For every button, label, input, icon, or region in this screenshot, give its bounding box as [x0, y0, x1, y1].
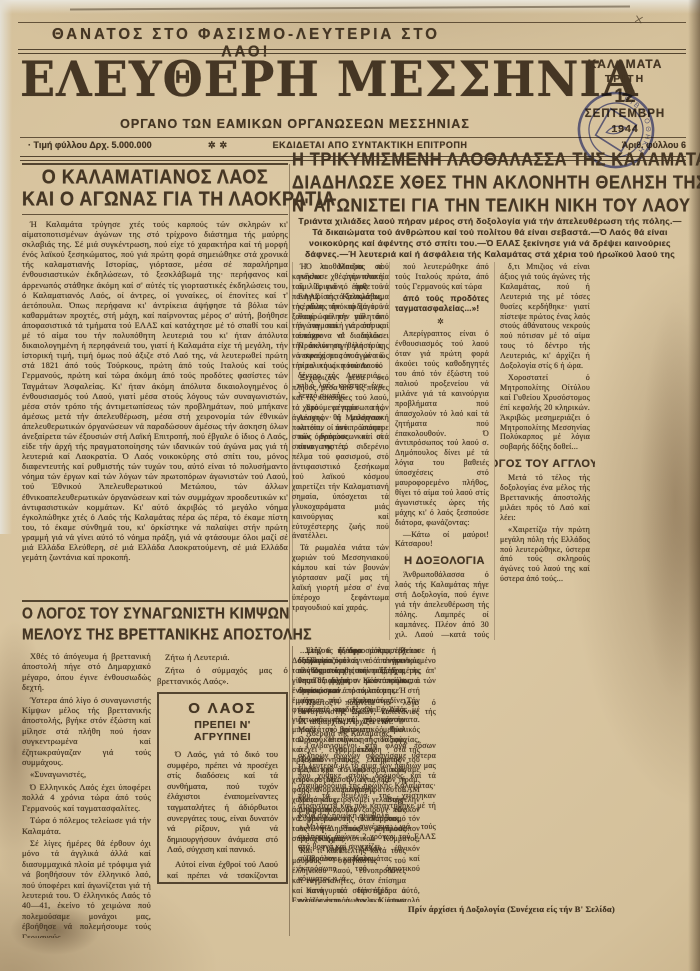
left-article-body: Ή Καλαμάτα τρύγησε χτές τούς καρπούς τών… — [22, 220, 288, 598]
newspaper-scan-page: { "page": { "paper_color": "#d8c5a2", "i… — [0, 0, 700, 971]
main-headline-line1: Η ΤΡΙΚΥΜΙΣΜΕΝΗ ΛΑΟΘΑΛΑΣΣΑ ΤΗΣ ΚΑΛΑΜΑΤΑΣ — [292, 150, 688, 171]
stamp-book-glyph — [605, 124, 626, 136]
left-headline-rule-bottom — [22, 214, 288, 215]
notice-box-title-line2: ΠΡΕΠΕΙ Ν' ΑΓΡΥΠΝΕΙ — [167, 719, 278, 743]
continuation-footer-line: Πρίν άρχίσει ή Δοξολογία (Συνέχεια είς τ… — [408, 904, 678, 914]
section-divider-rule — [289, 164, 290, 936]
english-speech-section-heading: Ο ΛΟΓΟΣ ΤΟΥ ΑΓΓΛΟΥ — [494, 458, 595, 470]
kimpson-headline-rule — [22, 600, 288, 602]
main-headline-line3: Ν' ΑΓΩΝΙΣΤΕΙ ΓΙΑ ΤΗΝ ΤΕΛΙΚΗ ΝΙΚΗ ΤΟΥ ΛΑΟ… — [292, 196, 688, 217]
main-upper-col2-top: πού λευτερώθηκε άπό τούς Ιταλούς πρώτα, … — [395, 262, 489, 551]
kimpson-headline-line1: Ο ΛΟΓΟΣ ΤΟΥ ΣΥΝΑΓΩΝΙΣΤΗ ΚΙΜΨΩΝ — [22, 604, 288, 622]
left-headline-rule-top — [22, 163, 288, 165]
main-upper-col2-rest: Άνθρωποθάλασσα ό λαός τής Καλαμάτας πήγε… — [395, 570, 489, 640]
left-article-headline-line1: Ο ΚΑΛΑΜΑΤΙΑΝΟΣ ΛΑΟΣ — [22, 166, 288, 190]
main-upper-col4-rest: Μετά τό τέλος τής δοξολογίας ένα μέλος τ… — [500, 473, 590, 586]
publisher-label: ΕΚΔΙΔΕΤΑΙ ΑΠΟ ΣΥΝΤΑΚΤΙΚΗ ΕΠΙΤΡΟΠΗ — [255, 140, 485, 150]
newspaper-title: ΕΛΕΥΘΕΡΗ ΜΕΣΣΗΝΙΑ — [20, 50, 570, 107]
notice-box-title-line1: Ο ΛΑΟΣ — [167, 700, 278, 717]
main-upper-col4-top: δ,τι Μπιζιος νά είναι άξιος γιά τούς άγώ… — [500, 262, 590, 454]
main-upper-col2: πού λευτερώθηκε άπό τούς Ιταλούς πρώτα, … — [389, 262, 494, 640]
notice-box-body: Ό Λαός, γιά τό δικό του συμφέρο, πρέπει … — [167, 749, 278, 884]
banner-rule-top — [18, 22, 686, 23]
main-article-lower-columns: ...γλέζους άντιπροσώπους. Ή Δοξολογία πο… — [292, 646, 688, 902]
main-headline-line2: ΔΙΑΔΗΛΩΣΕ ΧΘΕΣ ΤΗΝ ΑΚΛΟΝΗΤΗ ΘΕΛΗΣΗ ΤΗΣ — [292, 173, 688, 194]
left-article-headline-line2: ΚΑΙ Ο ΑΓΩΝΑΣ ΓΙΑ ΤΗ ΛΑΟΚΡΑΤΙΑ — [22, 188, 288, 212]
kimpson-article-column1: Χθές τό άπόγευμα ή βρεττανική άποστολή π… — [22, 652, 151, 938]
main-lower-colC: Στίς 6 ή ώρα μόλις τελείωσε ή δοξολογία … — [292, 646, 436, 902]
dateline-city: ΚΑΛΑΜΑΤΑ — [566, 57, 684, 72]
main-article-upper-columns: Ή λαοθάλασσα πού κατέκλυσε χθές τήν πλατ… — [292, 262, 688, 640]
ornament-asterisks: ✲✲ — [208, 140, 231, 151]
main-article-subhead: Τριάντα χιλιάδες λαού πήραν μέρος στή δο… — [296, 216, 684, 260]
kimpson-article-column2: Ζήτω ή Λευτεριά.Ζήτω ό σύμμαχός μας ό βρ… — [157, 652, 288, 938]
doxologia-section-heading: Η ΔΟΞΟΛΟΓΙΑ — [395, 555, 494, 567]
price-label: · Τιμή φύλλου Δρχ. 5.000.000 — [28, 140, 198, 150]
scan-edge-left — [0, 0, 12, 534]
main-upper-col4: δ,τι Μπιζιος νά είναι άξιος γιά τούς άγώ… — [494, 262, 595, 640]
main-upper-col3: Ό σ. Μπιζιος σέ γνήσια άγωνιστική όμιλία… — [292, 262, 383, 640]
newspaper-subtitle: ΟΡΓΑΝΟ ΤΩΝ ΕΑΜΙΚΩΝ ΟΡΓΑΝΩΣΕΩΝ ΜΕΣΣΗΝΙΑΣ — [45, 117, 545, 131]
vigilance-notice-box: Ο ΛΑΟΣ ΠΡΕΠΕΙ Ν' ΑΓΡΥΠΝΕΙ Ό Λαός, γιά τό… — [157, 692, 288, 884]
kimpson-article-closing-lines: Ζήτω ή Λευτεριά.Ζήτω ό σύμμαχός μας ό βρ… — [157, 652, 288, 686]
stamp-diamond-emblem — [590, 104, 641, 157]
kimpson-headline-line2: ΜΕΛΟΥΣ ΤΗΣ ΒΡΕΤΤΑΝΙΚΗΣ ΑΠΟΣΤΟΛΗΣ — [22, 625, 288, 643]
dateline-weekday: ΤΡΙΤΗ — [566, 72, 684, 87]
